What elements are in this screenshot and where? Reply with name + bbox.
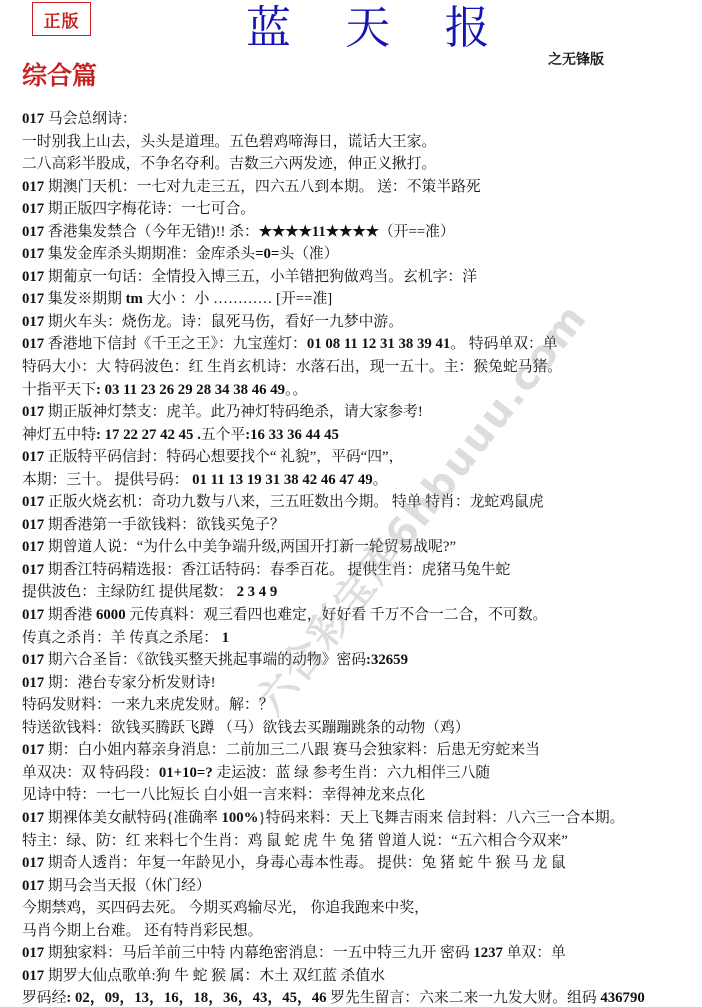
text-line: 传真之杀肖：羊 传真之杀尾： 1 — [22, 627, 692, 650]
bold-text-segment: 017 — [22, 404, 44, 420]
bold-text-segment: 1 — [222, 630, 229, 646]
bold-text-segment: 01+10=? — [159, 765, 213, 781]
text-line: 罗码经: 02，09，13，16，18，36，43，45，46 罗先生留言：六来… — [22, 987, 692, 1007]
bold-text-segment: : 03 11 23 26 29 28 34 38 46 49 — [96, 382, 285, 398]
text-segment: 集发※期期 — [44, 291, 125, 307]
text-segment: 期马会当天报（休门经） — [44, 878, 210, 894]
text-segment: 见诗中特：一七一八比短长 白小姐一言来料：幸得神龙来点化 — [22, 787, 425, 803]
bold-text-segment: :32659 — [366, 652, 408, 668]
bold-text-segment: 017 — [22, 291, 44, 307]
text-segment: 期：白小姐内幕亲身消息：二前加三二八跟 赛马会独家料：后患无穷蛇来当 — [44, 742, 540, 758]
article-body: 017 马会总纲诗：一时别我上山去，头头是道理。五色碧鸡啼海日，谎话大王家。二八… — [22, 108, 692, 1007]
text-segment: 大小 ：小 ………… [开==准] — [143, 291, 332, 307]
text-line: 017 期：白小姐内幕亲身消息：二前加三二八跟 赛马会独家料：后患无穷蛇来当 — [22, 739, 692, 762]
text-segment: 。。 — [285, 382, 307, 398]
bold-text-segment: 017 — [22, 314, 44, 330]
text-line: 017 期香江特码精选报：香江话特码：春季百花。 提供生肖：虎猪马兔牛蛇 — [22, 559, 692, 582]
text-line: 017 期裸体美女献特码{准确率 100%}特码来料：天上飞舞吉雨来 信封料：八… — [22, 807, 692, 830]
bold-text-segment: tm — [126, 291, 143, 307]
text-segment: 本期：三十。 提供号码： — [22, 472, 192, 488]
text-line: 特码发财料：一来九来虎发财。解：？ — [22, 694, 692, 717]
text-line: 017 期奇人透肖：年复一年龄见小，身毒心毒本性毒。 提供：兔 猪 蛇 牛 猴 … — [22, 852, 692, 875]
text-line: 一时别我上山去，头头是道理。五色碧鸡啼海日，谎话大王家。 — [22, 131, 692, 154]
text-line: 本期：三十。 提供号码： 01 11 13 19 31 38 42 46 47 … — [22, 469, 692, 492]
text-segment: 罗先生留言：六来二来一九发大财。组码 — [327, 990, 601, 1006]
bold-text-segment: 017 — [22, 742, 44, 758]
stamp-label: 正版 — [44, 7, 80, 32]
text-line: 017 期火车头：烧伤龙。诗：鼠死马伤，看好一九梦中游。 — [22, 311, 692, 334]
text-segment: 期：港台专家分析发财诗! — [44, 675, 215, 691]
text-line: 见诗中特：一七一八比短长 白小姐一言来料：幸得神龙来点化 — [22, 784, 692, 807]
bold-text-segment: 017 — [22, 179, 44, 195]
bold-text-segment: 017 — [22, 517, 44, 533]
bold-text-segment: 017 — [22, 810, 44, 826]
bold-text-segment: 017 — [22, 336, 44, 352]
bold-text-segment: :16 33 36 44 45 — [245, 427, 339, 443]
bold-text-segment: =0= — [255, 246, 279, 262]
text-line: 017 香港集发禁合（今年无错)!! 杀：★★★★11★★★★（开==准） — [22, 221, 692, 244]
bold-text-segment: 017 — [22, 246, 44, 262]
text-segment: 香港地下信封《千王之王》：九宝莲灯： — [44, 336, 307, 352]
text-segment: 。 — [373, 472, 388, 488]
text-segment: 期火车头：烧伤龙。诗：鼠死马伤，看好一九梦中游。 — [44, 314, 403, 330]
text-line: 特码大小：大 特码波色：红 生肖玄机诗：水落石出，现一五十。主：猴兔蛇马猪。 — [22, 356, 692, 379]
text-segment: 二八高彩半股成，不争名夺利。吉数三六两发迹，伸正义揪打。 — [22, 156, 436, 172]
text-line: 017 正版火烧玄机：奇功九数与八来，三五旺数出今期。 特单 特肖：龙蛇鸡鼠虎 — [22, 491, 692, 514]
text-segment: 期奇人透肖：年复一年龄见小，身毒心毒本性毒。 提供：兔 猪 蛇 牛 猴 马 龙 … — [44, 855, 566, 871]
text-segment: 特码发财料：一来九来虎发财。解：？ — [22, 697, 274, 713]
bold-text-segment: 017 — [22, 111, 44, 127]
text-line: 017 正版特平码信封：特码心想要找个“ 礼貌”，平码“四”， — [22, 446, 692, 469]
text-line: 马肖今期上台难。 还有特肖彩民想。 — [22, 920, 692, 943]
bold-text-segment: 017 — [22, 494, 44, 510]
text-segment: 传真之杀肖：羊 传真之杀尾： — [22, 630, 222, 646]
text-segment: 今期禁鸡，买四码去死。 今期买鸡输尽光， 你追我跑来中奖， — [22, 900, 429, 916]
text-segment: 罗码经 — [22, 990, 66, 1006]
bold-text-segment: 017 — [22, 449, 44, 465]
text-segment: 马肖今期上台难。 还有特肖彩民想。 — [22, 923, 262, 939]
text-segment: 期正版神灯禁支：虎羊。此乃神灯特码绝杀，请大家参考! — [44, 404, 423, 420]
text-segment: 十指平天下 — [22, 382, 96, 398]
text-line: 017 香港地下信封《千王之王》：九宝莲灯：01 08 11 12 31 38 … — [22, 333, 692, 356]
text-segment: 特送欲钱料：欲钱买腾跃飞蹲 （马）欲钱去买蹦蹦跳条的动物（鸡） — [22, 720, 470, 736]
text-segment: 马会总纲诗： — [44, 111, 136, 127]
text-line: 017 期：港台专家分析发财诗! — [22, 672, 692, 695]
bold-text-segment: 017 — [22, 224, 44, 240]
text-segment: 期葡京一句话：全情投入博三五，小羊错把狗做鸡当。玄机字：洋 — [44, 269, 477, 285]
text-segment: 期独家料：马后羊前三中特 内幕绝密消息：一五中特三九开 密码 — [44, 945, 473, 961]
bold-text-segment: 017 — [22, 968, 44, 984]
bold-text-segment: 017 — [22, 269, 44, 285]
bold-text-segment: 017 — [22, 539, 44, 555]
bold-text-segment: 01 08 11 12 31 38 39 41 — [307, 336, 450, 352]
text-segment: 期香港 — [44, 607, 96, 623]
text-segment: 单双：单 — [503, 945, 566, 961]
text-segment: 。 特码单双：单 — [450, 336, 557, 352]
bold-text-segment: 017 — [22, 652, 44, 668]
text-line: 单双决：双 特码段：01+10=? 走运波：蓝 绿 参考生肖：六九相伴三八随 — [22, 762, 692, 785]
text-segment: 五个平 — [201, 427, 245, 443]
edition-label: 之无锋版 — [548, 49, 604, 69]
text-line: 今期禁鸡，买四码去死。 今期买鸡输尽光， 你追我跑来中奖， — [22, 897, 692, 920]
text-segment: 期香港第一手欲钱料：欲钱买兔子？ — [44, 517, 284, 533]
text-segment: 期曾道人说：“为什么中美争端升级,两国开打新一轮贸易战呢?” — [44, 539, 456, 555]
text-segment: 特主：绿、防：红 来料七个生肖：鸡 鼠 蛇 虎 牛 兔 猪 曾道人说：“五六相合… — [22, 833, 568, 849]
section-heading: 综合篇 — [22, 58, 97, 94]
text-segment: 神灯五中特 — [22, 427, 96, 443]
text-line: 017 期香港第一手欲钱料：欲钱买兔子？ — [22, 514, 692, 537]
text-segment: }特码来料：天上飞舞吉雨来 信封料：八六三一合本期。 — [258, 810, 624, 826]
text-line: 特主：绿、防：红 来料七个生肖：鸡 鼠 蛇 虎 牛 兔 猪 曾道人说：“五六相合… — [22, 830, 692, 853]
text-line: 提供波色：主绿防红 提供尾数： 2 3 4 9 — [22, 581, 692, 604]
text-segment: 正版特平码信封：特码心想要找个“ 礼貌”，平码“四”， — [44, 449, 403, 465]
text-segment: 一时别我上山去，头头是道理。五色碧鸡啼海日，谎话大王家。 — [22, 134, 436, 150]
bold-text-segment: 017 — [22, 945, 44, 961]
text-segment: （开==准） — [379, 224, 455, 240]
text-segment: 提供波色：主绿防红 提供尾数： — [22, 584, 237, 600]
text-segment: 期裸体美女献特码{准确率 — [44, 810, 221, 826]
text-line: 017 期香港 6000 元传真料：观三看四也难定，好好看 千万不合一二合，不可… — [22, 604, 692, 627]
bold-text-segment: 436790 — [600, 990, 644, 1006]
text-segment: 香港集发禁合（今年无错)!! 杀： — [44, 224, 259, 240]
text-line: 017 集发※期期 tm 大小 ：小 ………… [开==准] — [22, 288, 692, 311]
bold-text-segment: : 17 22 27 42 45 . — [96, 427, 201, 443]
text-line: 017 集发金库杀头期期准：金库杀头=0=头（准） — [22, 243, 692, 266]
text-line: 017 期正版神灯禁支：虎羊。此乃神灯特码绝杀，请大家参考! — [22, 401, 692, 424]
bold-text-segment: 6000 — [96, 607, 126, 623]
text-line: 017 期罗大仙点歌单:狗 牛 蛇 猴 属：木土 双红蓝 杀值水 — [22, 965, 692, 988]
text-line: 十指平天下: 03 11 23 26 29 28 34 38 46 49。。 — [22, 379, 692, 402]
bold-text-segment: 2 3 4 9 — [237, 584, 278, 600]
text-line: 017 期曾道人说：“为什么中美争端升级,两国开打新一轮贸易战呢?” — [22, 536, 692, 559]
text-segment: 期正版四字梅花诗：一七可合。 — [44, 201, 255, 217]
bold-text-segment: 017 — [22, 607, 44, 623]
text-segment: 正版火烧玄机：奇功九数与八来，三五旺数出今期。 特单 特肖：龙蛇鸡鼠虎 — [44, 494, 543, 510]
newspaper-title: 蓝 天 报 — [246, 0, 510, 56]
text-segment: 单双决：双 特码段： — [22, 765, 159, 781]
bold-text-segment: 017 — [22, 201, 44, 217]
text-line: 017 期马会当天报（休门经） — [22, 875, 692, 898]
text-segment: 头（准） — [279, 246, 338, 262]
text-line: 017 期澳门天机：一七对九走三五，四六五八到本期。 送：不策半路死 — [22, 176, 692, 199]
text-line: 017 期正版四字梅花诗：一七可合。 — [22, 198, 692, 221]
bold-text-segment: ★★★★11★★★★ — [259, 224, 379, 240]
text-segment: 期澳门天机：一七对九走三五，四六五八到本期。 送：不策半路死 — [44, 179, 481, 195]
text-segment: 集发金库杀头期期准：金库杀头 — [44, 246, 255, 262]
text-segment: 期香江特码精选报：香江话特码：春季百花。 提供生肖：虎猪马兔牛蛇 — [44, 562, 510, 578]
bold-text-segment: 01 11 13 19 31 38 42 46 47 49 — [192, 472, 372, 488]
text-segment: 走运波：蓝 绿 参考生肖：六九相伴三八随 — [213, 765, 490, 781]
bold-text-segment: 017 — [22, 562, 44, 578]
bold-text-segment: 1237 — [473, 945, 503, 961]
text-segment: 特码大小：大 特码波色：红 生肖玄机诗：水落石出，现一五十。主：猴兔蛇马猪。 — [22, 359, 562, 375]
text-segment: 元传真料：观三看四也难定，好好看 千万不合一二合，不可数。 — [126, 607, 548, 623]
genuine-edition-stamp: 正版 — [32, 2, 91, 36]
bold-text-segment: : 02，09，13，16，18，36，43，45，46 — [66, 990, 326, 1006]
text-segment: 期罗大仙点歌单:狗 牛 蛇 猴 属：木土 双红蓝 杀值水 — [44, 968, 385, 984]
text-line: 017 期六合圣旨：《欲钱买整天挑起事端的动物》密码:32659 — [22, 649, 692, 672]
text-line: 017 期独家料：马后羊前三中特 内幕绝密消息：一五中特三九开 密码 1237 … — [22, 942, 692, 965]
bold-text-segment: 017 — [22, 878, 44, 894]
bold-text-segment: 017 — [22, 855, 44, 871]
bold-text-segment: 017 — [22, 675, 44, 691]
bold-text-segment: 100% — [221, 810, 258, 826]
text-line: 神灯五中特: 17 22 27 42 45 .五个平:16 33 36 44 4… — [22, 424, 692, 447]
text-segment: 期六合圣旨：《欲钱买整天挑起事端的动物》密码 — [44, 652, 366, 668]
text-line: 017 期葡京一句话：全情投入博三五，小羊错把狗做鸡当。玄机字：洋 — [22, 266, 692, 289]
text-line: 017 马会总纲诗： — [22, 108, 692, 131]
text-line: 特送欲钱料：欲钱买腾跃飞蹲 （马）欲钱去买蹦蹦跳条的动物（鸡） — [22, 717, 692, 740]
text-line: 二八高彩半股成，不争名夺利。吉数三六两发迹，伸正义揪打。 — [22, 153, 692, 176]
